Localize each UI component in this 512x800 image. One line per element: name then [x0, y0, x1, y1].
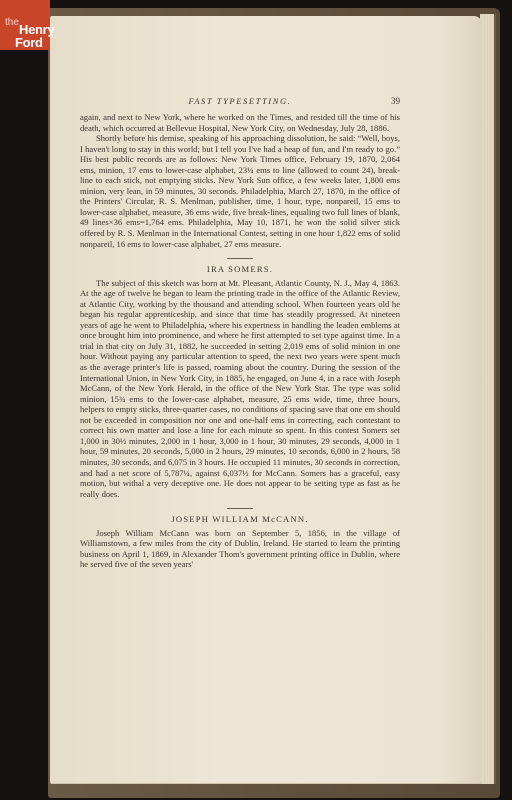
- paragraph-joseph-mccann: Joseph William McCann was born on Septem…: [80, 528, 400, 570]
- page-number: 39: [391, 96, 400, 107]
- page-text-block: FAST TYPESETTING. 39 again, and next to …: [80, 96, 400, 570]
- running-head-title: FAST TYPESETTING.: [80, 96, 400, 107]
- page-edges: [480, 14, 496, 784]
- section-divider: [227, 508, 253, 509]
- running-head: FAST TYPESETTING. 39: [80, 96, 400, 110]
- section-heading-ira-somers: IRA SOMERS.: [80, 264, 400, 275]
- paragraph-intro: again, and next to New York, where he wo…: [80, 112, 400, 133]
- logo-text-the: the: [5, 18, 19, 28]
- henry-ford-logo: the Henry Ford: [0, 0, 50, 50]
- section-divider: [227, 258, 253, 259]
- section-heading-joseph-mccann: JOSEPH WILLIAM McCANN.: [80, 514, 400, 525]
- paragraph-ira-somers: The subject of this sketch was born at M…: [80, 278, 400, 499]
- logo-text-ford: Ford: [15, 36, 43, 49]
- paragraph-records: Shortly before his demise, speaking of h…: [80, 133, 400, 249]
